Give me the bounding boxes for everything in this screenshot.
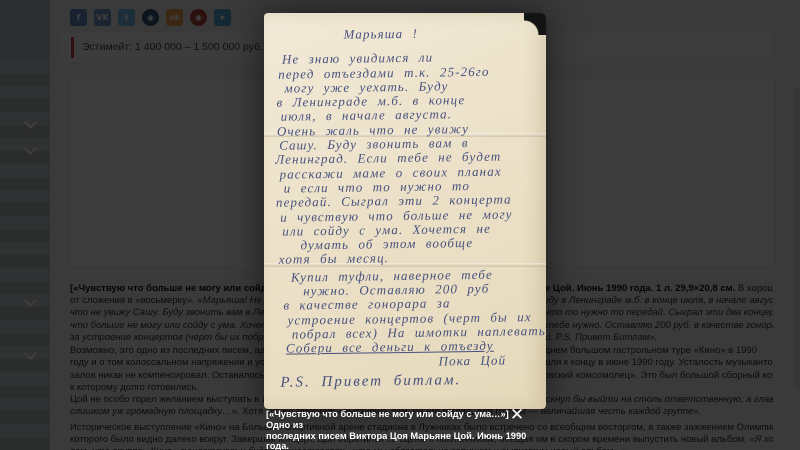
handwritten-letter-text: Марьяша !Не знаю увидимся липеред отъезд… xyxy=(271,21,534,390)
caption-line: [«Чувствую что больше не могу или сойду … xyxy=(266,409,528,431)
letter-line: Марьяша ! xyxy=(344,25,530,42)
letter-line: хотя бы месяц. xyxy=(279,250,533,268)
caption-line: года. xyxy=(266,441,528,450)
letter-photo[interactable]: Марьяша !Не знаю увидимся липеред отъезд… xyxy=(264,13,546,409)
photo-corner xyxy=(524,13,546,35)
caption-line: последних писем Виктора Цоя Марьяне Цой.… xyxy=(266,431,528,442)
letter-line: P.S. Привет битлам. xyxy=(280,372,534,390)
close-icon[interactable]: ✕ xyxy=(505,404,529,426)
lightbox-caption: [«Чувствую что больше не могу или сойду … xyxy=(266,409,528,450)
